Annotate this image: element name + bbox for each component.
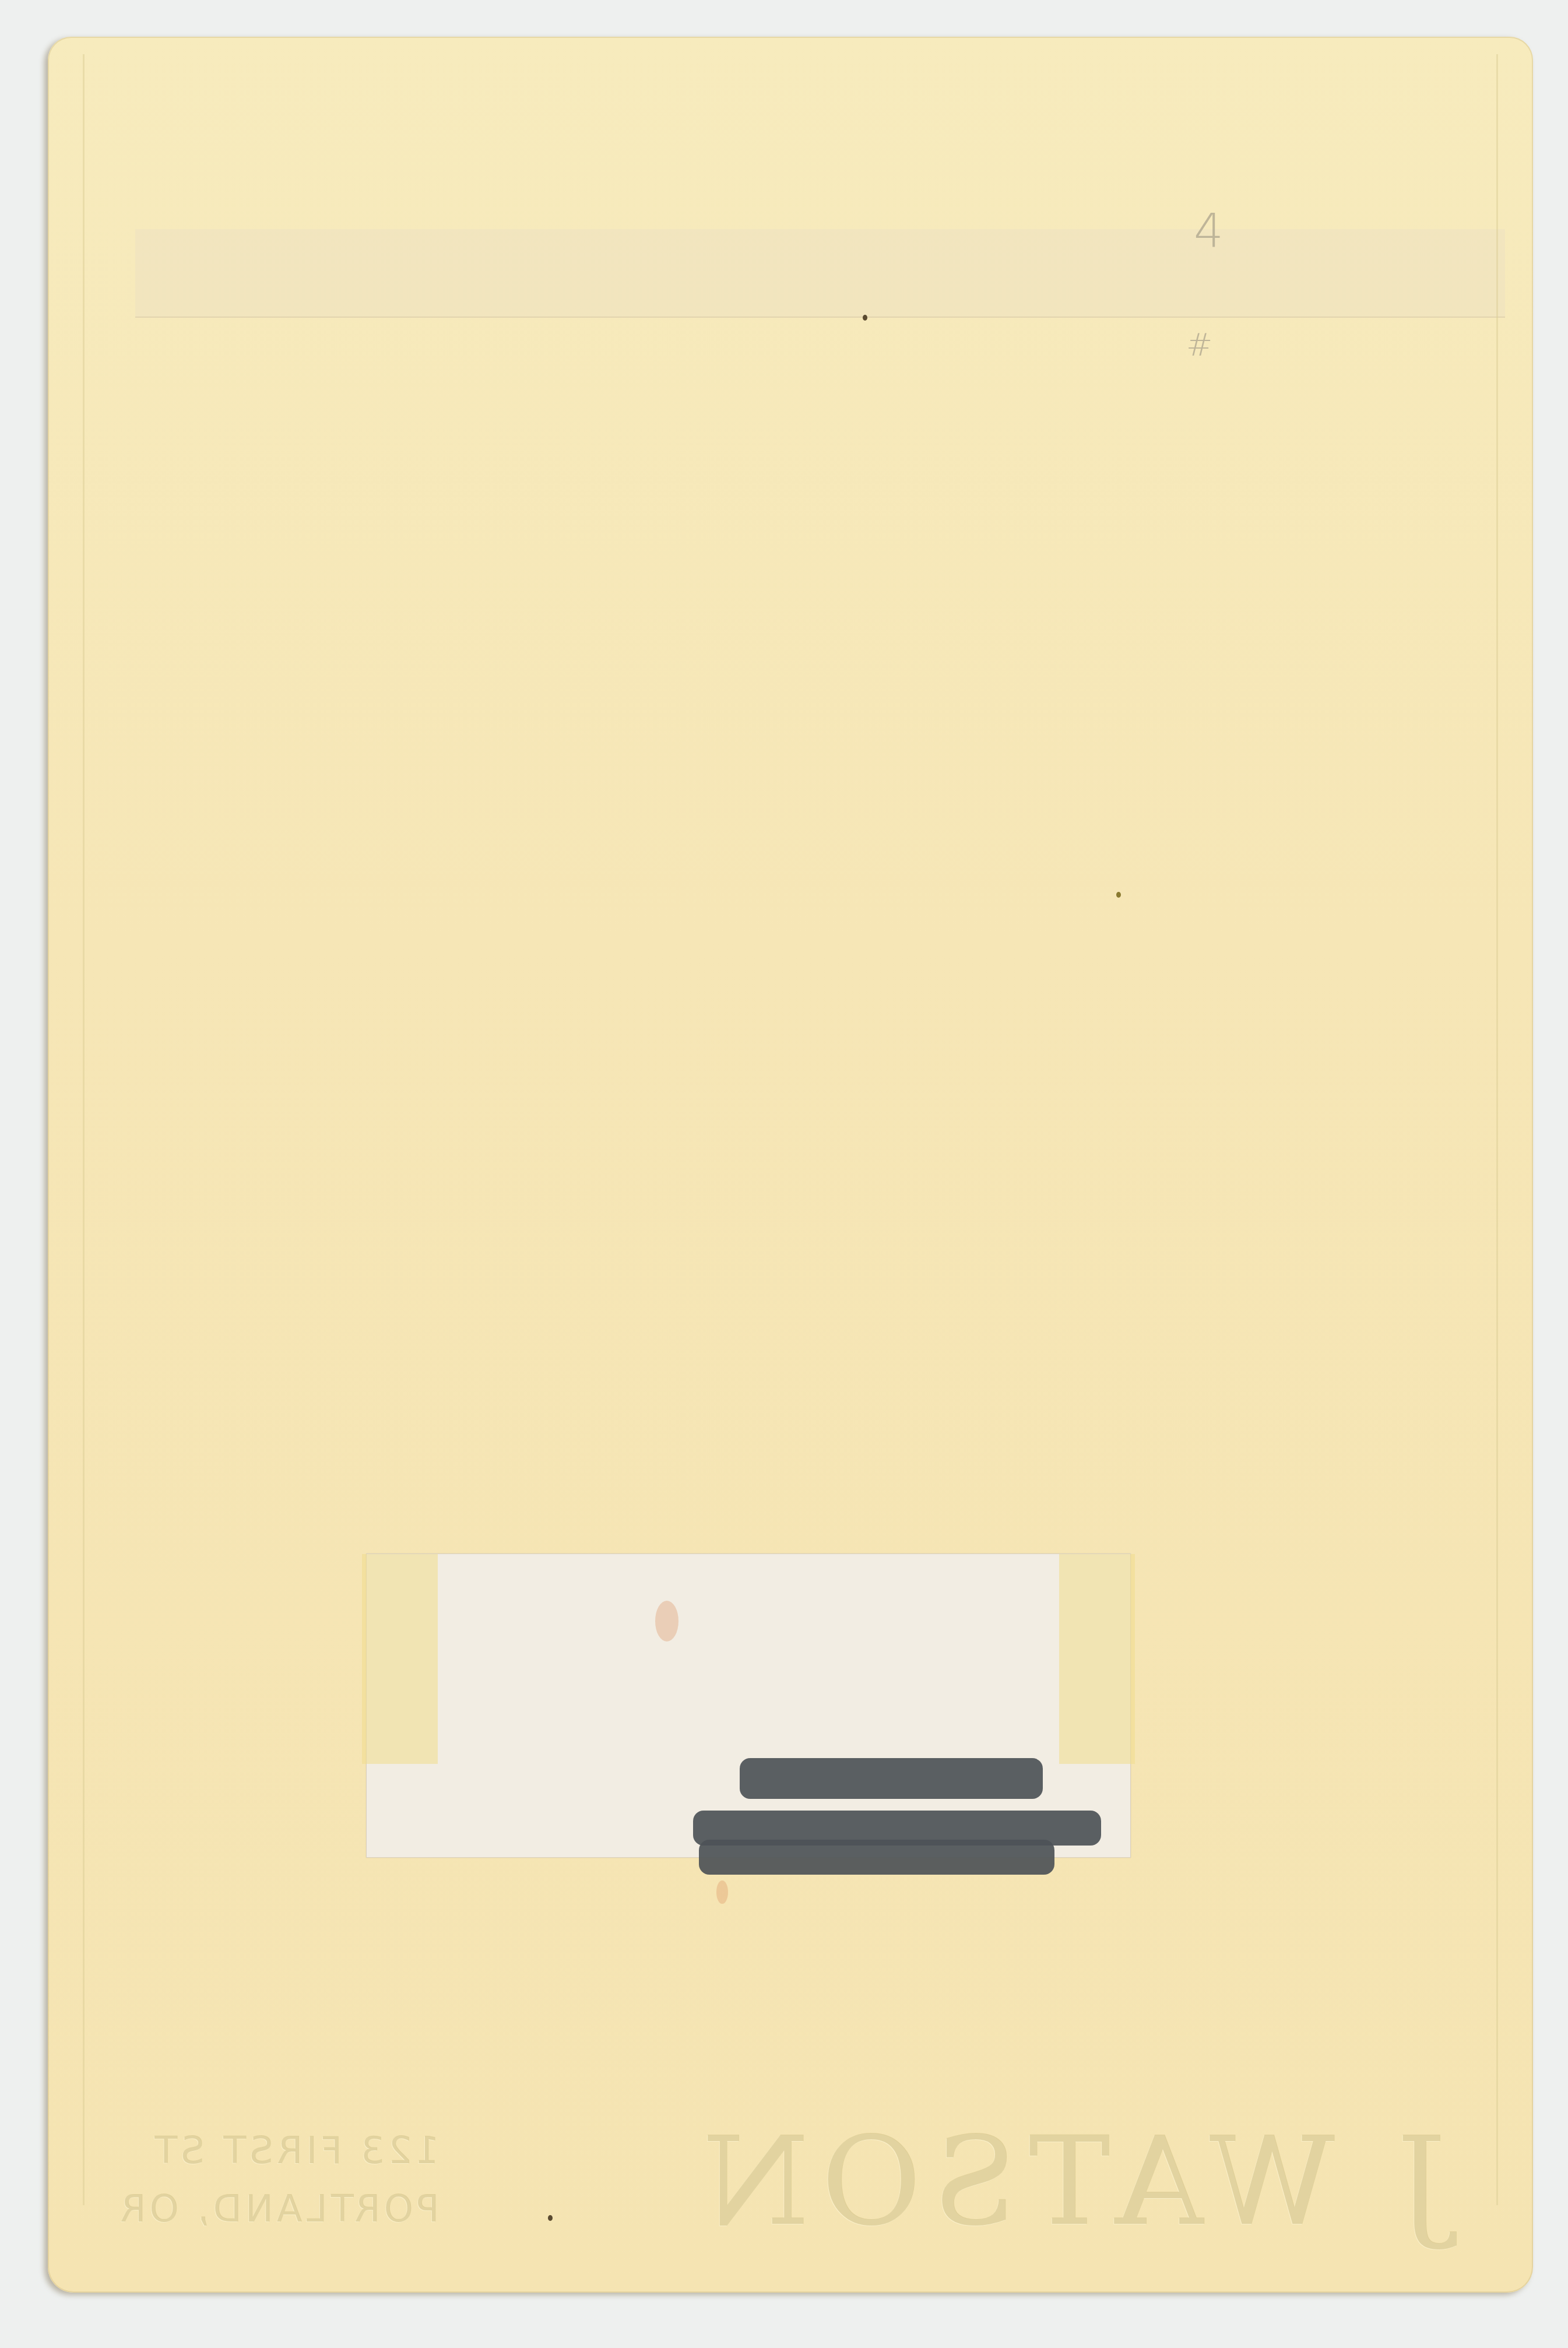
redaction-mark	[740, 1758, 1043, 1799]
adhesive-residue-band	[135, 229, 1505, 318]
cabinet-card-back	[48, 37, 1533, 2293]
studio-initial: J	[1386, 2110, 1446, 2253]
studio-name: WATSON	[691, 2110, 1335, 2253]
redaction-mark	[699, 1840, 1054, 1875]
embossed-studio-name: J WATSON	[691, 2110, 1446, 2253]
tape-right	[1059, 1554, 1135, 1764]
rust-stain	[716, 1880, 728, 1904]
pencil-hash-mark: #	[1186, 326, 1212, 363]
tape-left	[362, 1554, 438, 1764]
pencil-number-mark: 4	[1194, 204, 1224, 258]
rust-stain	[655, 1601, 678, 1642]
address-line-1: 123 FIRST ST	[117, 2122, 439, 2180]
speck	[863, 315, 867, 321]
address-line-2: PORTLAND, OR	[117, 2180, 439, 2238]
speck	[1116, 892, 1121, 898]
speck	[548, 2215, 553, 2221]
embossed-studio-address: 123 FIRST ST PORTLAND, OR	[117, 2122, 439, 2238]
taped-paper-label	[366, 1553, 1131, 1858]
